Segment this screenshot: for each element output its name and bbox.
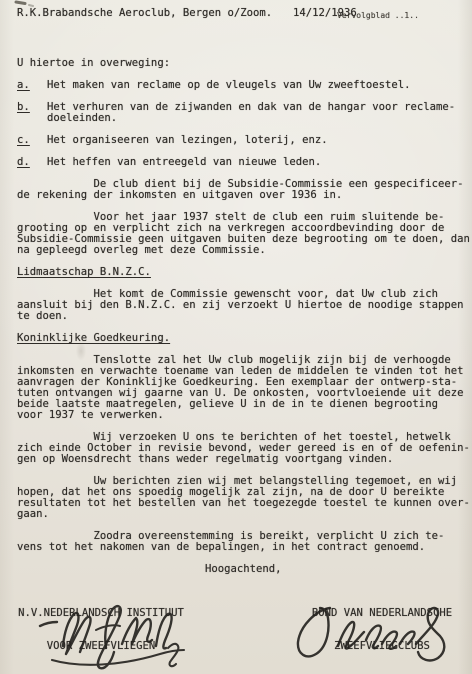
signatory-left: N.V.NEDERLANDSCH INSTITUUT VOOR ZWEEFVLI… [16,586,186,674]
heading-lidmaatschap-bnzc: Lidmaatschap B.N.Z.C. [17,267,472,278]
letter-header: R.K.Brabandsche Aeroclub, Bergen o/Zoom.… [17,8,472,22]
list-item-b-text: Het verhuren van de zijwanden en dak van… [47,102,455,124]
list-item-a: a. Het maken van reclame op de vleugels … [17,80,472,91]
signatory-left-line1: N.V.NEDERLANDSCH INSTITUUT [16,608,186,619]
intro-line: U hiertoe in overweging: [17,58,472,69]
signatory-right: BOND VAN NEDERLANDSCHE ZWEEFVLIEGCLUBS [299,586,465,674]
paragraph-subsidie-rekening: De club dient bij de Subsidie-Commissie … [17,179,472,201]
scan-smudge [74,338,88,364]
paragraph-contract-bepalingen: Zoodra overeenstemming is bereikt, verpl… [17,531,472,553]
paragraph-bnzc-aansluiting: Het komt de Commissie gewenscht voor, da… [17,289,472,322]
list-item-b: b. Het verhuren van de zijwanden en dak … [17,102,472,124]
signatory-left-line2: VOOR ZWEEFVLIEGEN [16,641,186,652]
closing-salutation: Hoogachtend, [205,564,472,575]
scan-corner-mark [16,2,33,6]
list-marker-b: b. [17,102,47,124]
list-item-d: d. Het heffen van entreegeld van nieuwe … [17,157,472,168]
list-marker-c: c. [17,135,47,146]
paragraph-berichten-bestelling: Uw berichten zien wij met belangstelling… [17,476,472,520]
letter-body: U hiertoe in overweging: a. Het maken va… [17,58,472,575]
letter-date: 14/12/1936 [293,8,357,19]
paragraph-begrooting-1937: Voor het jaar 1937 stelt de club een rui… [17,212,472,256]
signature-block: N.V.NEDERLANDSCH INSTITUUT VOOR ZWEEFVLI… [0,586,472,610]
signatory-right-line2: ZWEEFVLIEGCLUBS [299,641,465,652]
club-name: R.K.Brabandsche Aeroclub, Bergen o/Zoom. [17,8,272,19]
list-item-d-text: Het heffen van entreegeld van nieuwe led… [47,157,321,168]
scanned-letter-page: R.K.Brabandsche Aeroclub, Bergen o/Zoom.… [0,0,472,674]
list-marker-a: a. [17,80,47,91]
signatory-right-line1: BOND VAN NEDERLANDSCHE [299,608,465,619]
paragraph-goedkeuring-aanvraag: Tenslotte zal het Uw club mogelijk zijn … [17,355,472,421]
list-marker-d: d. [17,157,47,168]
paragraph-toestel-revisie: Wij verzoeken U ons te berichten of het … [17,432,472,465]
list-item-c-text: Het organiseeren van lezingen, loterij, … [47,135,328,146]
list-item-a-text: Het maken van reclame op de vleugels van… [47,80,411,91]
list-item-c: c. Het organiseeren van lezingen, loteri… [17,135,472,146]
